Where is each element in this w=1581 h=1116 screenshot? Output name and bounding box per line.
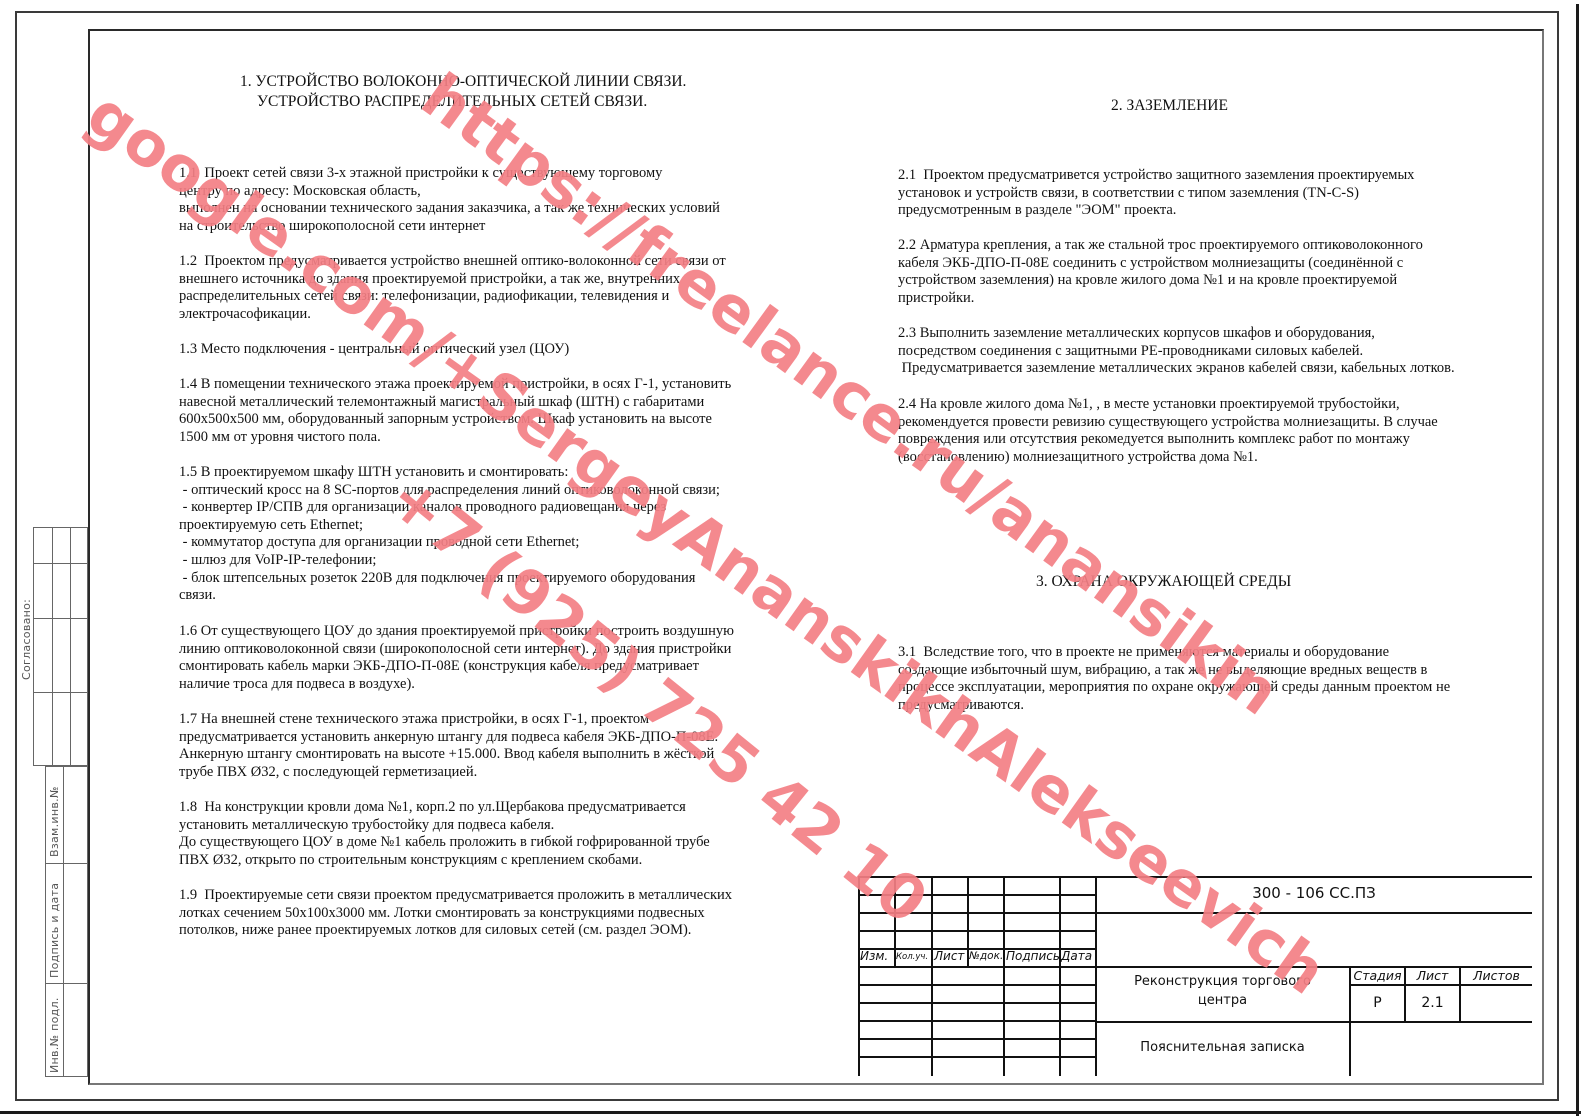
paragraph-1-6: 1.6 От существующего ЦОУ до здания проек…: [179, 623, 734, 693]
header-date: Дата: [1061, 949, 1092, 963]
paragraph-1-1: 1.1 Проект сетей связи 3-х этажной прист…: [179, 165, 720, 235]
inventory-col: [63, 766, 64, 1077]
section3-heading: 3. ОХРАНА ОКРУЖАЮЩЕЙ СРЕДЫ: [1036, 572, 1291, 591]
paragraph-1-3: 1.3 Место подключения - центральный опти…: [179, 341, 569, 359]
paragraph-1-4: 1.4 В помещении технического этажа проек…: [179, 376, 731, 446]
sheet-value: 2.1: [1406, 995, 1459, 1011]
inventory-row: [45, 983, 88, 984]
title-block: Изм. Кол.уч. Лист №док. Подпись Дата 300…: [858, 876, 1532, 1076]
agreed-row: [33, 618, 88, 619]
project-name-line1: Реконструкция торгового: [1096, 974, 1349, 989]
header-change: Изм.: [860, 949, 888, 963]
project-name-line2: центра: [1096, 993, 1349, 1008]
section2-heading: 2. ЗАЗЕМЛЕНИЕ: [1111, 96, 1228, 115]
inventory-row: [45, 863, 88, 864]
header-sheet: Лист: [934, 949, 964, 963]
agreed-row: [33, 563, 88, 564]
document-code: 300 - 106 СС.ПЗ: [1096, 884, 1532, 902]
paragraph-1-8: 1.8 На конструкции кровли дома №1, корп.…: [179, 799, 710, 869]
paragraph-3-1: 3.1 Вследствие того, что в проекте не пр…: [898, 644, 1450, 714]
sheets-label: Листов: [1461, 968, 1532, 983]
header-signature: Подпись: [1006, 949, 1060, 963]
paragraph-2-2: 2.2 Арматура крепления, а так же стально…: [898, 237, 1423, 307]
header-doc-no: №док.: [969, 950, 1003, 962]
page-edge-right: [1576, 4, 1579, 1116]
section1-heading-line1: 1. УСТРОЙСТВО ВОЛОКОННО-ОПТИЧЕСКОЙ ЛИНИИ…: [240, 72, 686, 91]
section1-heading-line2: УСТРОЙСТВО РАСПРЕДЕЛИТЕЛЬНЫХ СЕТЕЙ СВЯЗИ…: [257, 92, 647, 111]
paragraph-2-3: 2.3 Выполнить заземление металлических к…: [898, 325, 1455, 378]
signature-date-label: Подпись и дата: [48, 883, 61, 978]
paragraph-1-2: 1.2 Проектом предусматривается устройств…: [179, 253, 726, 323]
interchange-no-label: Взам.инв.№: [48, 786, 61, 857]
page-edge-bottom: [0, 1111, 1581, 1114]
agreed-row: [33, 692, 88, 693]
paragraph-2-4: 2.4 На кровле жилого дома №1, , в месте …: [898, 396, 1438, 466]
stage-value: Р: [1351, 995, 1404, 1011]
paragraph-1-7: 1.7 На внешней стене технического этажа …: [179, 711, 718, 781]
sheet-label: Лист: [1406, 968, 1459, 983]
original-no-label: Инв.№ подл.: [48, 997, 61, 1073]
agreed-label: Согласовано:: [20, 599, 33, 680]
paragraph-2-1: 2.1 Проектом предусматривется устройство…: [898, 167, 1414, 220]
sheet-title: Пояснительная записка: [1096, 1040, 1349, 1055]
stage-label: Стадия: [1351, 968, 1404, 983]
header-quantity: Кол.уч.: [896, 952, 928, 962]
paragraph-1-9: 1.9 Проектируемые сети связи проектом пр…: [179, 887, 732, 940]
paragraph-1-5: 1.5 В проектируемом шкафу ШТН установить…: [179, 464, 720, 605]
